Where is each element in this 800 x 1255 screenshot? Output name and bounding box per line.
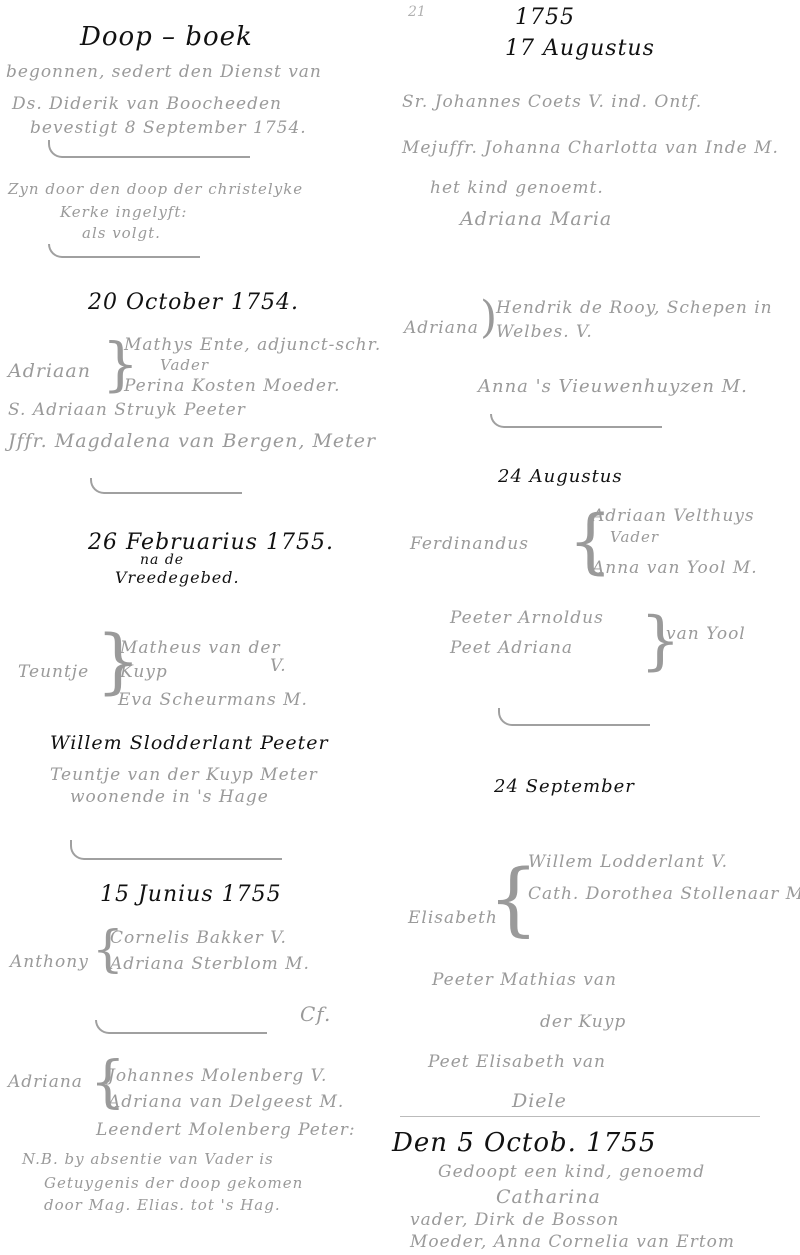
child-name: Adriaan: [8, 360, 91, 382]
date-note: Vreedegebed.: [115, 568, 240, 587]
mother-name: Adriana Sterblom M.: [110, 954, 310, 974]
witness: Willem Slodderlant Peeter: [50, 732, 329, 754]
father-name: Adriaan Velthuys: [592, 506, 755, 526]
flourish: [490, 414, 662, 428]
entry-date: 26 Februarius 1755.: [88, 530, 334, 555]
mark: Cf.: [300, 1002, 331, 1026]
witness: Leendert Molenberg Peter:: [96, 1120, 356, 1140]
entry-line: Moeder, Anna Cornelia van Ertom: [410, 1232, 735, 1252]
witness: der Kuyp: [540, 1012, 626, 1032]
page-number: 21: [408, 4, 426, 20]
book-title: Doop – boek: [80, 22, 253, 52]
father-name: Cornelis Bakker V.: [110, 928, 287, 948]
entry-date: 20 October 1754.: [88, 290, 299, 315]
flourish: [70, 840, 282, 860]
witness-residence: woonende in 's Hage: [70, 787, 269, 807]
divider: [400, 1116, 760, 1117]
child-name: Teuntje: [18, 662, 89, 682]
father-name: Hendrik de Rooy, Schepen in Welbes. V.: [496, 296, 786, 344]
mother-name: Anna van Yool M.: [592, 558, 758, 578]
entry-date: 24 September: [494, 776, 635, 797]
father-role: Vader: [160, 356, 209, 374]
entry-date: 24 Augustus: [498, 466, 623, 487]
intro2-line-1: Zyn door den doop der christelyke: [8, 180, 303, 198]
witness: Peet Adriana: [450, 638, 573, 658]
child-name: Adriana: [404, 318, 479, 338]
witness: Diele: [512, 1090, 567, 1112]
child-name: Ferdinandus: [410, 534, 529, 554]
entry-line: Mejuffr. Johanna Charlotta van Inde M.: [402, 138, 779, 158]
father-name: Matheus van der Kuyp: [120, 636, 290, 684]
witness: Peeter Mathias van: [432, 970, 617, 990]
intro-line-1: begonnen, sedert den Dienst van: [6, 62, 322, 82]
intro-line-2: Ds. Diderik van Boocheeden: [12, 94, 282, 114]
father-name: Willem Lodderlant V.: [528, 852, 728, 872]
witness: Teuntje van der Kuyp Meter: [50, 765, 318, 785]
witness-surname: van Yool: [666, 624, 746, 644]
father-mark: V.: [270, 656, 287, 676]
intro-line-3: bevestigt 8 September 1754.: [30, 118, 307, 138]
child-name: Catharina: [496, 1186, 601, 1208]
flourish: [48, 244, 200, 258]
flourish: [95, 1020, 267, 1034]
father-role: Vader: [610, 528, 659, 546]
flourish: [90, 478, 242, 494]
entry-date: 15 Junius 1755: [100, 882, 282, 907]
entry-line: Sr. Johannes Coets V. ind. Ontf.: [402, 92, 702, 112]
intro2-line-3: als volgt.: [82, 224, 161, 242]
flourish: [498, 708, 650, 726]
entry-line: het kind genoemt.: [430, 178, 604, 198]
intro2-line-2: Kerke ingelyft:: [60, 203, 187, 221]
father-name: Mathys Ente, adjunct-schr.: [124, 335, 381, 355]
entry-line: vader, Dirk de Bosson: [410, 1210, 619, 1230]
child-name: Elisabeth: [408, 908, 498, 928]
witness: Peet Elisabeth van: [428, 1052, 606, 1072]
note-line: N.B. by absentie van Vader is: [22, 1150, 274, 1168]
date-note: na de: [140, 552, 184, 568]
entry-date: 17 Augustus: [505, 36, 655, 61]
child-name: Adriana: [8, 1072, 83, 1092]
father-name: Johannes Molenberg V.: [108, 1066, 327, 1086]
entry-line: Gedoopt een kind, genoemd: [438, 1162, 705, 1182]
mother-name: Eva Scheurmans M.: [118, 690, 308, 710]
entry-date: Den 5 Octob. 1755: [392, 1128, 656, 1158]
year-heading: 1755: [515, 5, 575, 30]
witness: S. Adriaan Struyk Peeter: [8, 400, 246, 420]
child-name: Adriana Maria: [460, 208, 612, 230]
child-name: Anthony: [10, 952, 89, 972]
mother-name: Perina Kosten Moeder.: [124, 376, 341, 396]
mother-name: Adriana van Delgeest M.: [108, 1092, 344, 1112]
register-page: Doop – boek begonnen, sedert den Dienst …: [0, 0, 800, 1255]
mother-name: Cath. Dorothea Stollenaar M.: [528, 884, 800, 904]
note-line: door Mag. Elias. tot 's Hag.: [44, 1196, 281, 1214]
mother-name: Anna 's Vieuwenhuyzen M.: [478, 376, 748, 397]
witness: Jffr. Magdalena van Bergen, Meter: [8, 430, 376, 452]
note-line: Getuygenis der doop gekomen: [44, 1174, 303, 1192]
witness: Peeter Arnoldus: [450, 608, 604, 628]
brace: ): [480, 292, 497, 343]
flourish: [48, 140, 250, 158]
